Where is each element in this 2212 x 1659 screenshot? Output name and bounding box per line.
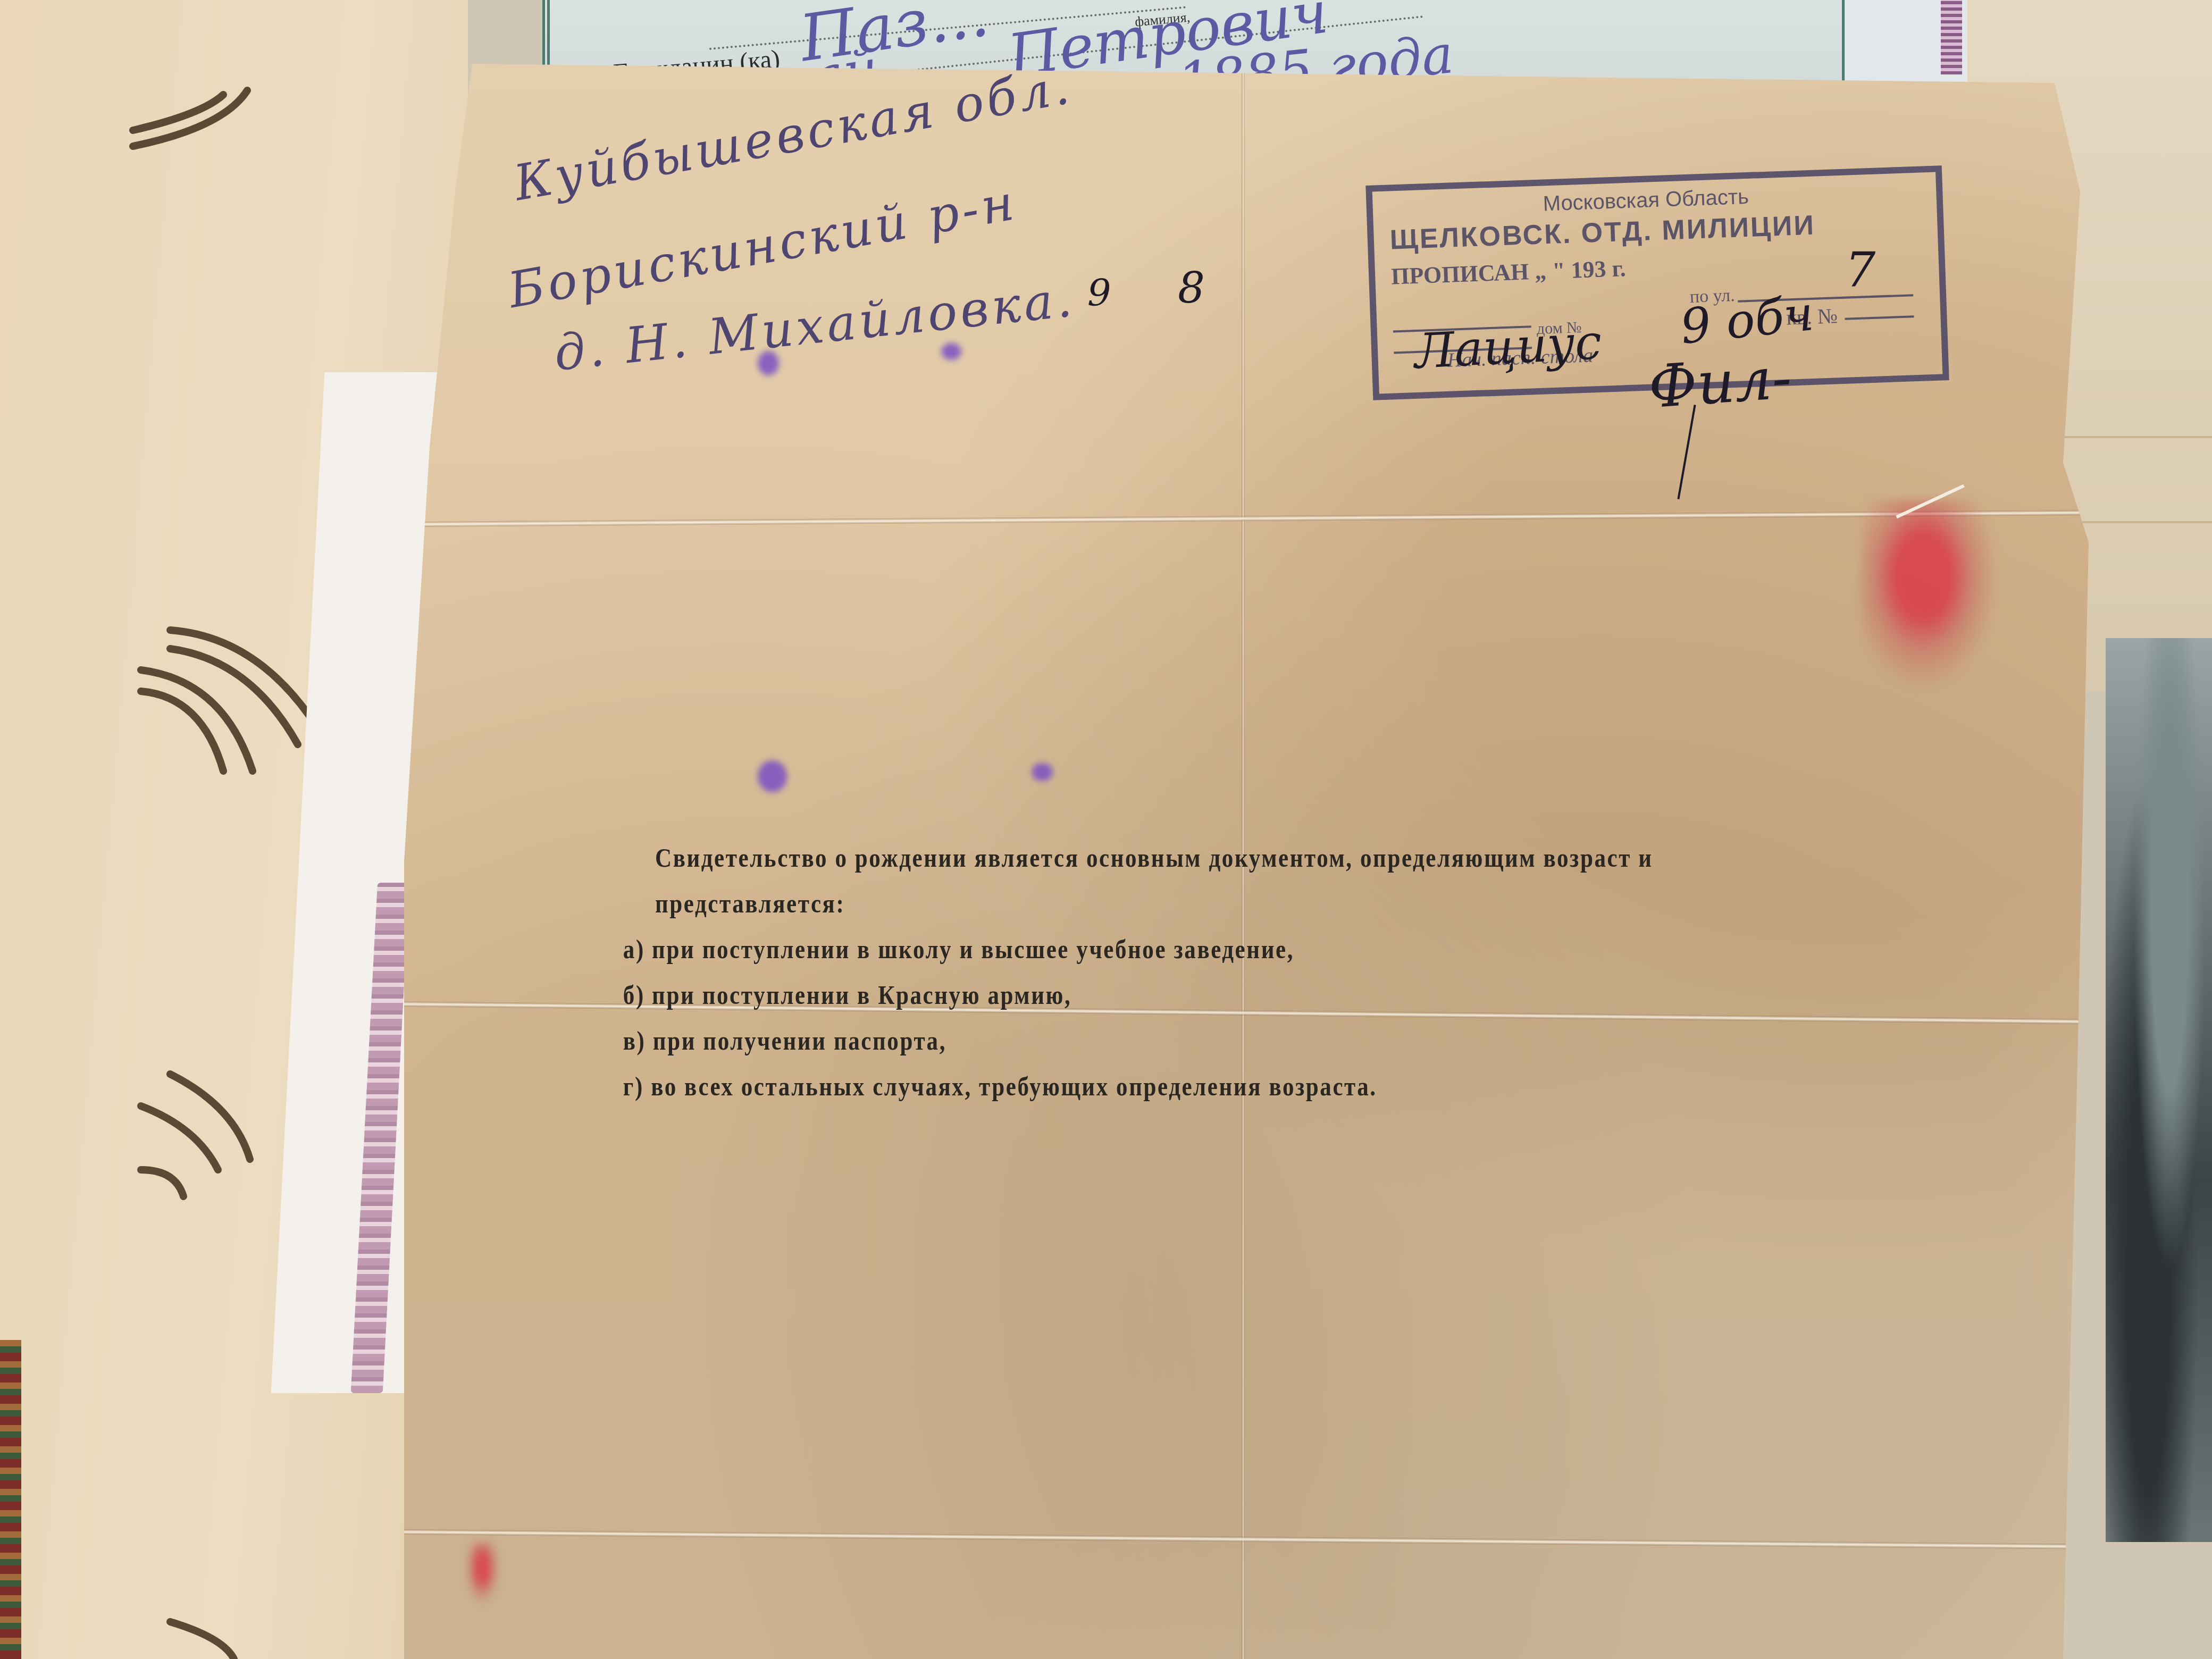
stamp-region: Московская Область <box>1543 185 1749 216</box>
notice-item: а) при поступлении в школу и высшее учеб… <box>564 926 1798 972</box>
ink-smudge <box>1032 763 1053 781</box>
birth-certificate-back: Куйбышевская обл. Борискинский р-н д. Н.… <box>404 64 2106 1659</box>
black-white-photo <box>2106 638 2212 1542</box>
stamp-day: 9 <box>1087 271 1111 315</box>
horizontal-fold <box>404 1529 2106 1549</box>
ink-blot <box>941 343 961 360</box>
notice-intro: Свидетельство о рождении является основн… <box>564 835 1798 926</box>
stamp-registered-label: ПРОПИСАН „ " 193 г. <box>1390 255 1626 290</box>
stamp-street-handwritten: Лациус <box>1413 314 1603 380</box>
red-stain <box>1861 500 1999 691</box>
printed-notice: Свидетельство о рождении является основн… <box>564 835 1798 1109</box>
notice-item: г) во всех остальных случаях, требующих … <box>564 1063 1798 1109</box>
carpet-edge <box>0 1340 21 1659</box>
stamp-department: ЩЕЛКОВСК. ОТД. МИЛИЦИИ <box>1389 210 1816 256</box>
red-stain <box>468 1542 500 1606</box>
horizontal-fold <box>404 510 2106 527</box>
stamp-month: 8 <box>1178 263 1205 313</box>
ink-smudge <box>758 760 787 792</box>
ink-blot <box>758 351 779 375</box>
stamp-year-digit: 7 <box>1845 242 1875 298</box>
stamp-rule <box>1845 315 1914 320</box>
signature: Фил- <box>1646 343 1794 421</box>
guilloche-border <box>351 883 409 1393</box>
notice-item: в) при получении паспорта, <box>564 1018 1798 1063</box>
notice-item: б) при поступлении в Красную армию, <box>564 972 1798 1018</box>
